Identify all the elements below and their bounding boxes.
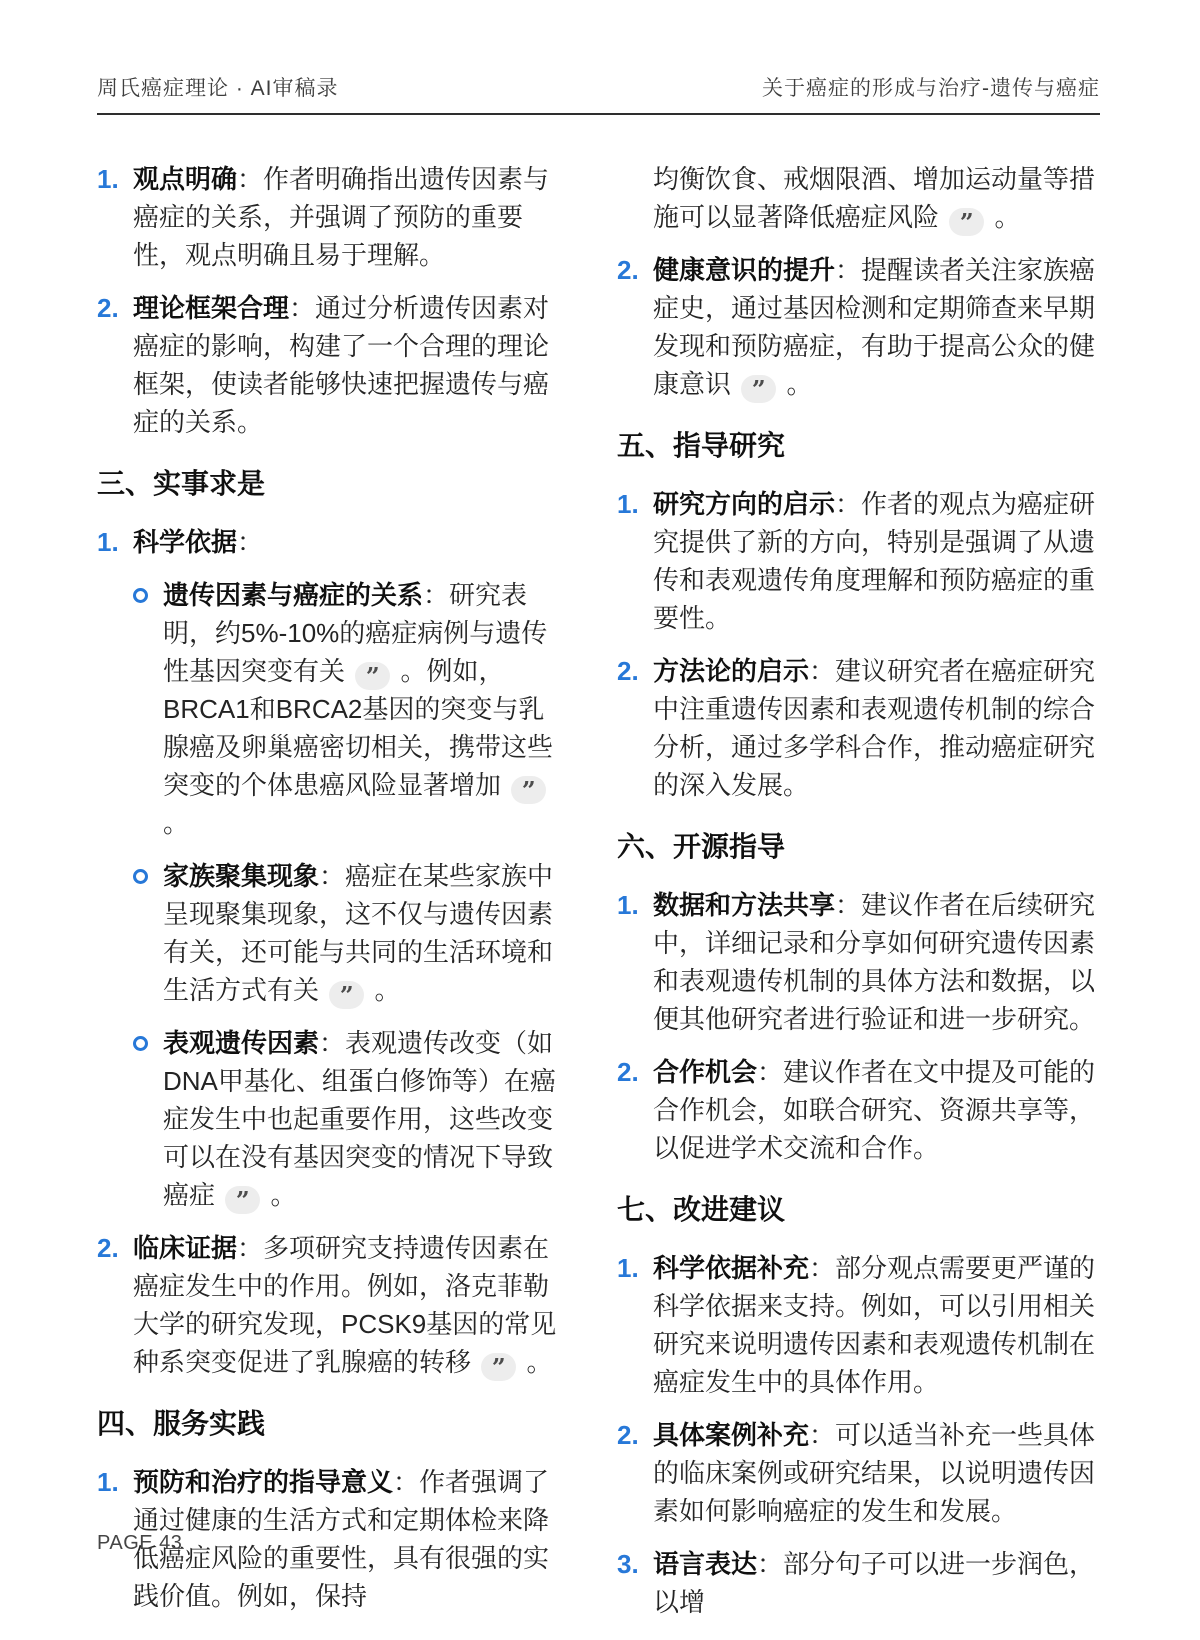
sub-bullet-item: 家族聚集现象：癌症在某些家族中呈现聚集现象，这不仅与遗传因素有关，还可能与共同的… [133,857,567,1009]
item-number: 2. [97,1229,133,1381]
item-number: 2. [617,1053,653,1167]
circle-bullet-icon [133,869,148,884]
body-text: 均衡饮食、戒烟限酒、增加运动量等措施可以显著降低癌症风险 [653,164,1095,232]
numbered-item: 1.研究方向的启示：作者的观点为癌症研究提供了新的方向，特别是强调了从遗传和表观… [617,485,1105,637]
item-title: 科学依据补充 [653,1253,809,1283]
item-number: 1. [97,160,133,274]
item-number: 1. [617,1249,653,1401]
circle-bullet-icon [133,588,148,603]
body-text: 。 [163,808,189,838]
section-heading: 六、开源指导 [617,828,1105,866]
sub-item-title: 遗传因素与癌症的关系 [163,580,423,610]
numbered-item: 3.语言表达：部分句子可以进一步润色，以增 [617,1545,1105,1621]
item-body: 科学依据： [133,523,567,561]
numbered-item: 2.理论框架合理：通过分析遗传因素对癌症的影响，构建了一个合理的理论框架，使读者… [97,289,567,441]
body-text: 。 [987,202,1020,232]
item-number: 1. [97,523,133,561]
item-number: 2. [97,289,133,441]
section-heading: 五、指导研究 [617,427,1105,465]
body-text: 。 [779,369,812,399]
continuation-paragraph: 均衡饮食、戒烟限酒、增加运动量等措施可以显著降低癌症风险 ” 。 [653,160,1105,236]
citation-badge[interactable]: ” [355,662,390,690]
page-number: PAGE 43 [97,1532,182,1554]
item-title: 研究方向的启示 [653,489,835,519]
sub-bullet-item: 遗传因素与癌症的关系：研究表明，约5%-10%的癌症病例与遗传性基因突变有关 ”… [133,576,567,842]
item-number: 2. [617,652,653,804]
item-number: 1. [617,886,653,1038]
numbered-item: 1.科学依据： [97,523,567,561]
citation-badge[interactable]: ” [511,776,546,804]
page-header: 周氏癌症理论 · AI审稿录 关于癌症的形成与治疗-遗传与癌症 [97,72,1100,115]
header-chapter-title: 关于癌症的形成与治疗-遗传与癌症 [762,72,1100,102]
item-body: 科学依据补充：部分观点需要更严谨的科学依据来支持。例如，可以引用相关研究来说明遗… [653,1249,1105,1401]
body-text: 。 [367,975,400,1005]
section-heading: 七、改进建议 [617,1191,1105,1229]
citation-badge[interactable]: ” [949,208,984,236]
bullet-column [133,576,163,842]
sub-item-title: 家族聚集现象 [163,861,319,891]
item-number: 2. [617,251,653,403]
sub-item-body: 表观遗传因素：表观遗传改变（如DNA甲基化、组蛋白修饰等）在癌症发生中也起重要作… [163,1024,567,1214]
item-title: 科学依据 [133,527,237,557]
item-title: 健康意识的提升 [653,255,835,285]
citation-badge[interactable]: ” [329,981,364,1009]
item-body: 预防和治疗的指导意义：作者强调了通过健康的生活方式和定期体检来降低癌症风险的重要… [133,1463,567,1615]
sub-item-body: 遗传因素与癌症的关系：研究表明，约5%-10%的癌症病例与遗传性基因突变有关 ”… [163,576,567,842]
left-column: 1.观点明确：作者明确指出遗传因素与癌症的关系，并强调了预防的重要性，观点明确且… [97,160,567,1636]
item-body: 临床证据：多项研究支持遗传因素在癌症发生中的作用。例如，洛克菲勒大学的研究发现，… [133,1229,567,1381]
item-number: 1. [617,485,653,637]
item-title: 方法论的启示 [653,656,809,686]
item-body: 研究方向的启示：作者的观点为癌症研究提供了新的方向，特别是强调了从遗传和表观遗传… [653,485,1105,637]
item-title: 预防和治疗的指导意义 [133,1467,393,1497]
numbered-item: 2.临床证据：多项研究支持遗传因素在癌症发生中的作用。例如，洛克菲勒大学的研究发… [97,1229,567,1381]
numbered-item: 2.健康意识的提升：提醒读者关注家族癌症史，通过基因检测和定期筛查来早期发现和预… [617,251,1105,403]
body-text: 。 [263,1180,296,1210]
item-title: 合作机会 [653,1057,757,1087]
numbered-item: 2.合作机会：建议作者在文中提及可能的合作机会，如联合研究、资源共享等，以促进学… [617,1053,1105,1167]
item-body: 观点明确：作者明确指出遗传因素与癌症的关系，并强调了预防的重要性，观点明确且易于… [133,160,567,274]
citation-badge[interactable]: ” [481,1353,516,1381]
body-text: 。 [519,1347,552,1377]
numbered-item: 2.方法论的启示：建议研究者在癌症研究中注重遗传因素和表观遗传机制的综合分析，通… [617,652,1105,804]
item-body: 具体案例补充：可以适当补充一些具体的临床案例或研究结果，以说明遗传因素如何影响癌… [653,1416,1105,1530]
body-text: ： [237,527,263,557]
numbered-item: 2.具体案例补充：可以适当补充一些具体的临床案例或研究结果，以说明遗传因素如何影… [617,1416,1105,1530]
item-body: 合作机会：建议作者在文中提及可能的合作机会，如联合研究、资源共享等，以促进学术交… [653,1053,1105,1167]
item-body: 语言表达：部分句子可以进一步润色，以增 [653,1545,1105,1621]
item-title: 数据和方法共享 [653,890,835,920]
section-heading: 四、服务实践 [97,1405,567,1443]
numbered-item: 1.观点明确：作者明确指出遗传因素与癌症的关系，并强调了预防的重要性，观点明确且… [97,160,567,274]
item-title: 具体案例补充 [653,1420,809,1450]
sub-item-body: 家族聚集现象：癌症在某些家族中呈现聚集现象，这不仅与遗传因素有关，还可能与共同的… [163,857,567,1009]
sub-bullet-item: 表观遗传因素：表观遗传改变（如DNA甲基化、组蛋白修饰等）在癌症发生中也起重要作… [133,1024,567,1214]
item-body: 方法论的启示：建议研究者在癌症研究中注重遗传因素和表观遗传机制的综合分析，通过多… [653,652,1105,804]
page-footer: PAGE 43 [97,1532,182,1555]
section-heading: 三、实事求是 [97,465,567,503]
item-number: 3. [617,1545,653,1621]
item-title: 理论框架合理 [133,293,289,323]
item-body: 理论框架合理：通过分析遗传因素对癌症的影响，构建了一个合理的理论框架，使读者能够… [133,289,567,441]
item-title: 观点明确 [133,164,237,194]
item-body: 健康意识的提升：提醒读者关注家族癌症史，通过基因检测和定期筛查来早期发现和预防癌… [653,251,1105,403]
citation-badge[interactable]: ” [741,375,776,403]
sub-item-title: 表观遗传因素 [163,1028,319,1058]
numbered-item: 1.科学依据补充：部分观点需要更严谨的科学依据来支持。例如，可以引用相关研究来说… [617,1249,1105,1401]
numbered-item: 1.数据和方法共享：建议作者在后续研究中，详细记录和分享如何研究遗传因素和表观遗… [617,886,1105,1038]
right-column: 均衡饮食、戒烟限酒、增加运动量等措施可以显著降低癌症风险 ” 。2.健康意识的提… [617,160,1105,1636]
item-title: 语言表达 [653,1549,757,1579]
bullet-column [133,1024,163,1214]
header-book-title: 周氏癌症理论 · AI审稿录 [97,72,339,102]
bullet-column [133,857,163,1009]
item-body: 数据和方法共享：建议作者在后续研究中，详细记录和分享如何研究遗传因素和表观遗传机… [653,886,1105,1038]
item-number: 2. [617,1416,653,1530]
citation-badge[interactable]: ” [225,1186,260,1214]
document-page: 周氏癌症理论 · AI审稿录 关于癌症的形成与治疗-遗传与癌症 1.观点明确：作… [0,0,1200,1640]
review-content: 1.观点明确：作者明确指出遗传因素与癌症的关系，并强调了预防的重要性，观点明确且… [97,160,1105,1636]
circle-bullet-icon [133,1036,148,1051]
item-title: 临床证据 [133,1233,237,1263]
